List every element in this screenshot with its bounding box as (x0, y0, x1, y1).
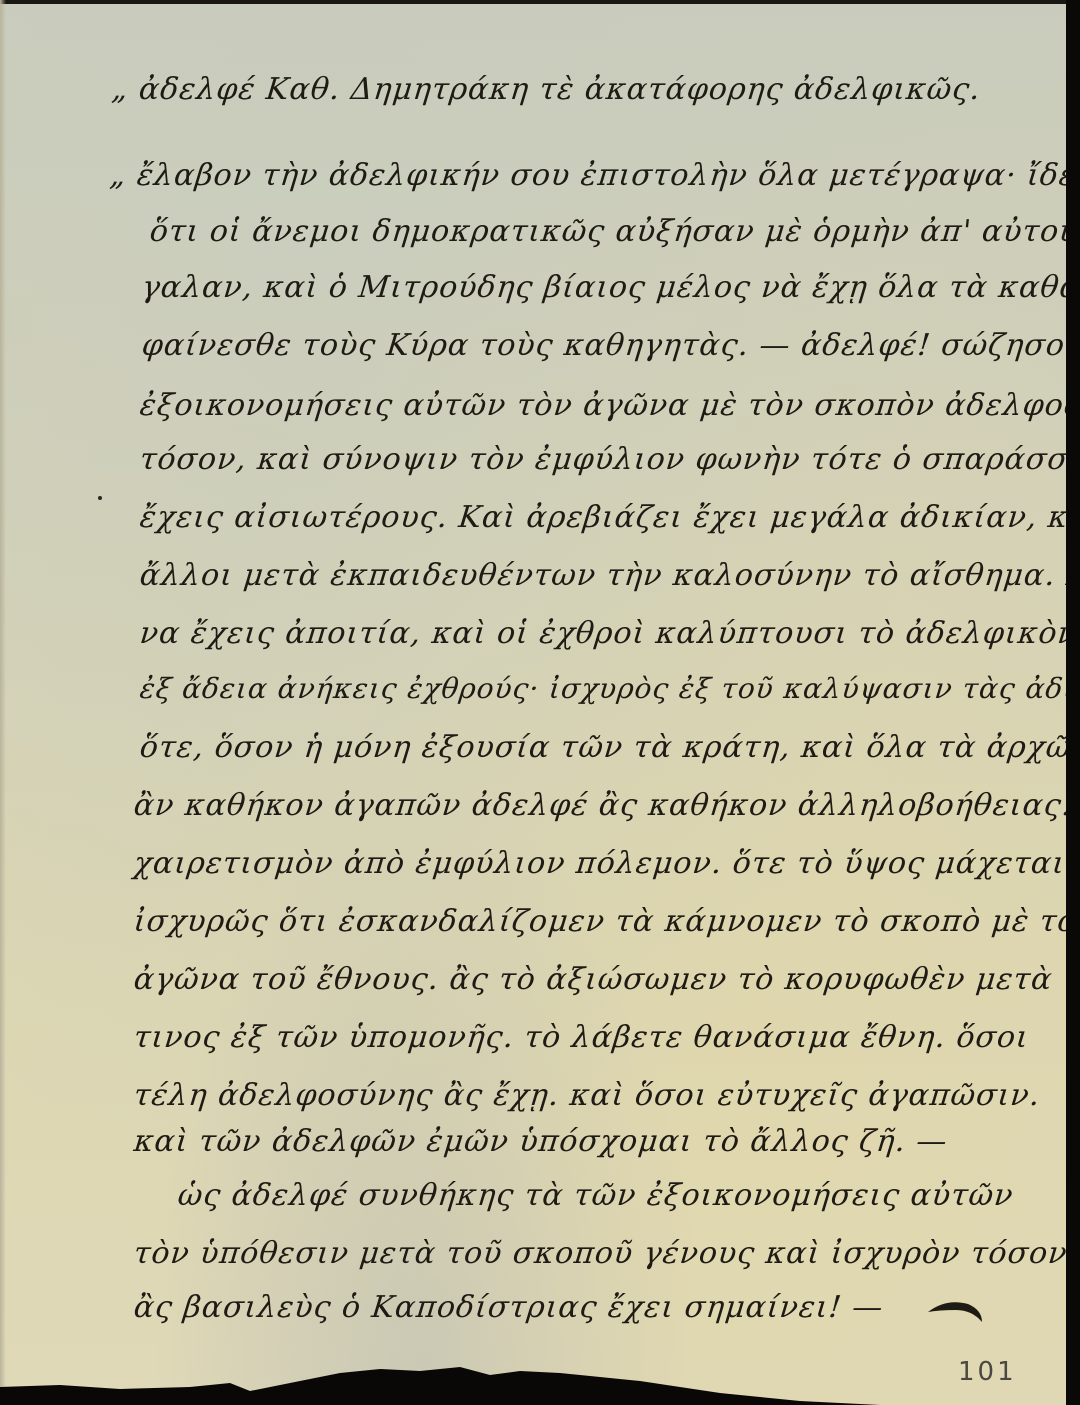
manuscript-page: „ ἀδελφέ Καθ. Δημητράκη τὲ ἀκατάφορης ἀδ… (0, 0, 1068, 1405)
page-left-edge (0, 0, 6, 1405)
manuscript-line: ἐξοικονομήσεις αὐτῶν τὸν ἀγῶνα μὲ τὸν σκ… (138, 388, 1080, 423)
manuscript-line: ἄλλοι μετὰ ἐκπαιδευθέντων τὴν καλοσύνην … (138, 558, 1080, 593)
manuscript-line: ὡς ἀδελφέ συνθήκης τὰ τῶν ἐξοικονομήσεις… (176, 1178, 1015, 1213)
manuscript-line: φαίνεσθε τοὺς Κύρα τοὺς καθηγητὰς. — ἀδε… (140, 328, 1080, 363)
manuscript-line: καὶ τῶν ἀδελφῶν ἐμῶν ὑπόσχομαι τὸ ἄλλος … (132, 1124, 949, 1159)
manuscript-line: ὅτι οἱ ἄνεμοι δημοκρατικῶς αὐξήσαν μὲ ὁρ… (148, 214, 1080, 249)
manuscript-line: τέλη ἀδελφοσύνης ἂς ἔχῃ. καὶ ὅσοι εὐτυχε… (132, 1078, 1042, 1113)
manuscript-line: ἐξ ἄδεια ἀνήκεις ἐχθρούς· ἰσχυρὸς ἐξ τοῦ… (138, 672, 1080, 705)
manuscript-line: ἔχεις αἰσιωτέρους. Καὶ ἀρεβιάζει ἔχει με… (138, 500, 1080, 535)
manuscript-line: τινος ἐξ τῶν ὑπομονῆς. τὸ λάβετε θανάσιμ… (132, 1020, 1031, 1055)
manuscript-line: ἂν καθήκον ἀγαπῶν ἀδελφέ ἂς καθήκον ἀλλη… (132, 788, 1080, 823)
manuscript-line: να ἔχεις ἀποιτία, καὶ οἱ ἐχθροὶ καλύπτου… (138, 616, 1079, 651)
manuscript-line: ἂς βασιλεὺς ὁ Καποδίστριας ἔχει σημαίνει… (132, 1290, 885, 1325)
page-top-edge (0, 0, 1080, 4)
manuscript-line: τόσον, καὶ σύνοψιν τὸν ἐμφύλιον φωνὴν τό… (138, 442, 1080, 477)
page-right-edge (1066, 0, 1080, 1405)
ink-dot (98, 496, 102, 500)
manuscript-line: χαιρετισμὸν ἀπὸ ἐμφύλιον πόλεμον. ὅτε τὸ… (132, 846, 1067, 881)
torn-bottom-edge (0, 1325, 1080, 1405)
manuscript-line: ἀγῶνα τοῦ ἔθνους. ἂς τὸ ἀξιώσωμεν τὸ κορ… (132, 962, 1054, 997)
manuscript-line: τὸν ὑπόθεσιν μετὰ τοῦ σκοποῦ γένους καὶ … (132, 1236, 1080, 1271)
manuscript-line: ἰσχυρῶς ὅτι ἐσκανδαλίζομεν τὰ κάμνομεν τ… (132, 904, 1080, 939)
ink-flourish (926, 1296, 986, 1326)
manuscript-line: γαλαν, καὶ ὁ Μιτρούδης βίαιος μέλος νὰ ἔ… (140, 270, 1080, 305)
letter-heading: „ ἀδελφέ Καθ. Δημητράκη τὲ ἀκατάφορης ἀδ… (110, 72, 982, 107)
manuscript-line: ὅτε, ὅσον ἡ μόνη ἐξουσία τῶν τὰ κράτη, κ… (138, 730, 1080, 765)
manuscript-line: „ ἔλαβον τὴν ἀδελφικήν σου ἐπιστολὴν ὅλα… (108, 158, 1078, 193)
